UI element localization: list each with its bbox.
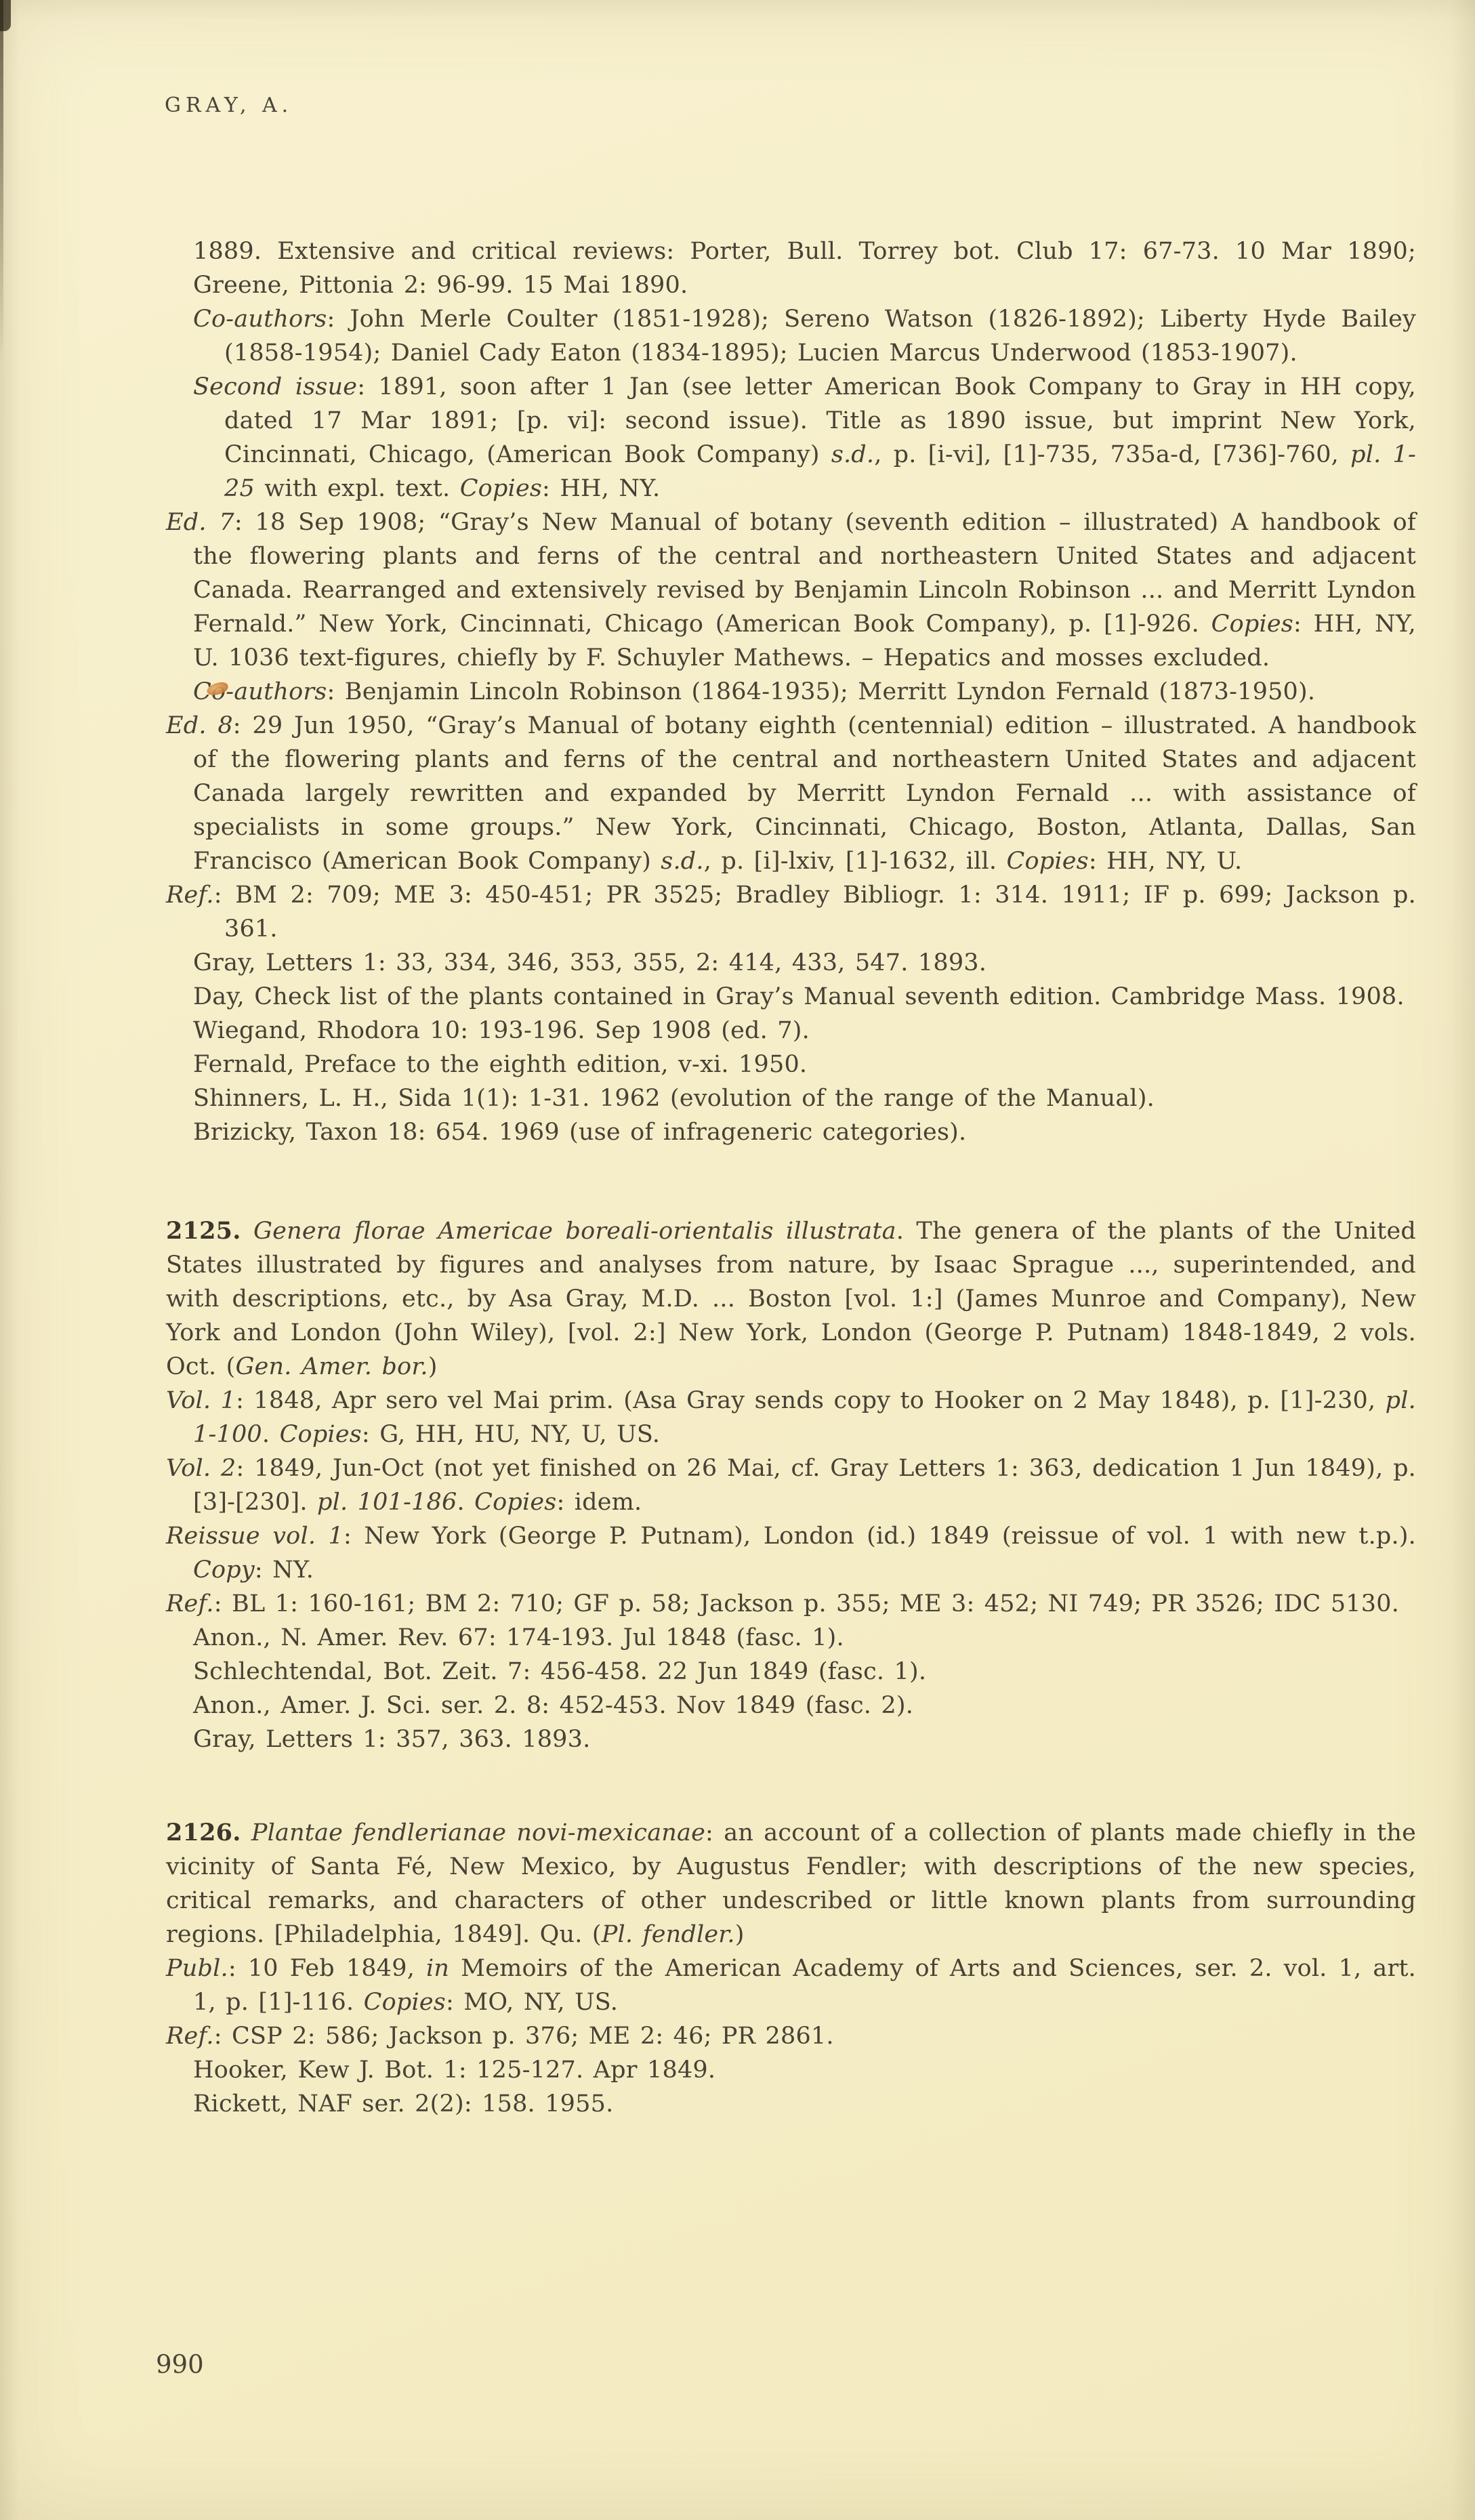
scanned-book-page: GRAY, A. 1889. Extensive and critical re… bbox=[0, 0, 1475, 2520]
second-issue: Second issue: 1891, soon after 1 Jan (se… bbox=[166, 370, 1416, 505]
ref-2126: Ref.: CSP 2: 586; Jackson p. 376; ME 2: … bbox=[166, 2019, 1416, 2053]
ref-fernald: Fernald, Preface to the eighth edition, … bbox=[166, 1048, 1416, 1081]
ref-brizicky: Brizicky, Taxon 18: 654. 1969 (use of in… bbox=[166, 1115, 1416, 1149]
co-authors-ed-7: Co-authors: Benjamin Lincoln Robinson (1… bbox=[166, 675, 1416, 709]
ref-hooker: Hooker, Kew J. Bot. 1: 125-127. Apr 1849… bbox=[166, 2053, 1416, 2087]
ed-7: Ed. 7: 18 Sep 1908; “Gray’s New Manual o… bbox=[166, 505, 1416, 675]
page-content: 1889. Extensive and critical reviews: Po… bbox=[166, 234, 1416, 2121]
ref-2125: Ref.: BL 1: 160-161; BM 2: 710; GF p. 58… bbox=[166, 1587, 1416, 1621]
ref-manual: Ref.: BM 2: 709; ME 3: 450-451; PR 3525;… bbox=[166, 878, 1416, 946]
ref-anon-n-amer-rev: Anon., N. Amer. Rev. 67: 174-193. Jul 18… bbox=[166, 1621, 1416, 1655]
ref-gray-letters-2: Gray, Letters 1: 357, 363. 1893. bbox=[166, 1722, 1416, 1756]
ref-wiegand: Wiegand, Rhodora 10: 193-196. Sep 1908 (… bbox=[166, 1014, 1416, 1048]
vol-1: Vol. 1: 1848, Apr sero vel Mai prim. (As… bbox=[166, 1384, 1416, 1451]
reissue-vol-1: Reissue vol. 1: New York (George P. Putn… bbox=[166, 1519, 1416, 1587]
ref-anon-amer-j-sci: Anon., Amer. J. Sci. ser. 2. 8: 452-453.… bbox=[166, 1689, 1416, 1722]
ref-gray-letters: Gray, Letters 1: 33, 334, 346, 353, 355,… bbox=[166, 946, 1416, 980]
publ-2126: Publ.: 10 Feb 1849, in Memoirs of the Am… bbox=[166, 1951, 1416, 2019]
ref-shinners: Shinners, L. H., Sida 1(1): 1-31. 1962 (… bbox=[166, 1081, 1416, 1115]
ref-schlechtendal: Schlechtendal, Bot. Zeit. 7: 456-458. 22… bbox=[166, 1655, 1416, 1689]
vol-2: Vol. 2: 1849, Jun-Oct (not yet finished … bbox=[166, 1451, 1416, 1519]
co-authors-1890-manual: Co-authors: John Merle Coulter (1851-192… bbox=[166, 302, 1416, 370]
ref-rickett: Rickett, NAF ser. 2(2): 158. 1955. bbox=[166, 2087, 1416, 2121]
entry-2125: 2125. Genera florae Americae boreali-ori… bbox=[166, 1214, 1416, 1384]
scan-edge-left-line bbox=[0, 0, 3, 366]
ed-8: Ed. 8: 29 Jun 1950, “Gray’s Manual of bo… bbox=[166, 709, 1416, 878]
ref-day: Day, Check list of the plants contained … bbox=[166, 980, 1416, 1014]
entry-2126: 2126. Plantae fendlerianae novi-mexicana… bbox=[166, 1816, 1416, 1951]
entry-1889-reviews: 1889. Extensive and critical reviews: Po… bbox=[166, 234, 1416, 302]
page-number: 990 bbox=[156, 2350, 204, 2379]
running-head: GRAY, A. bbox=[165, 94, 293, 117]
